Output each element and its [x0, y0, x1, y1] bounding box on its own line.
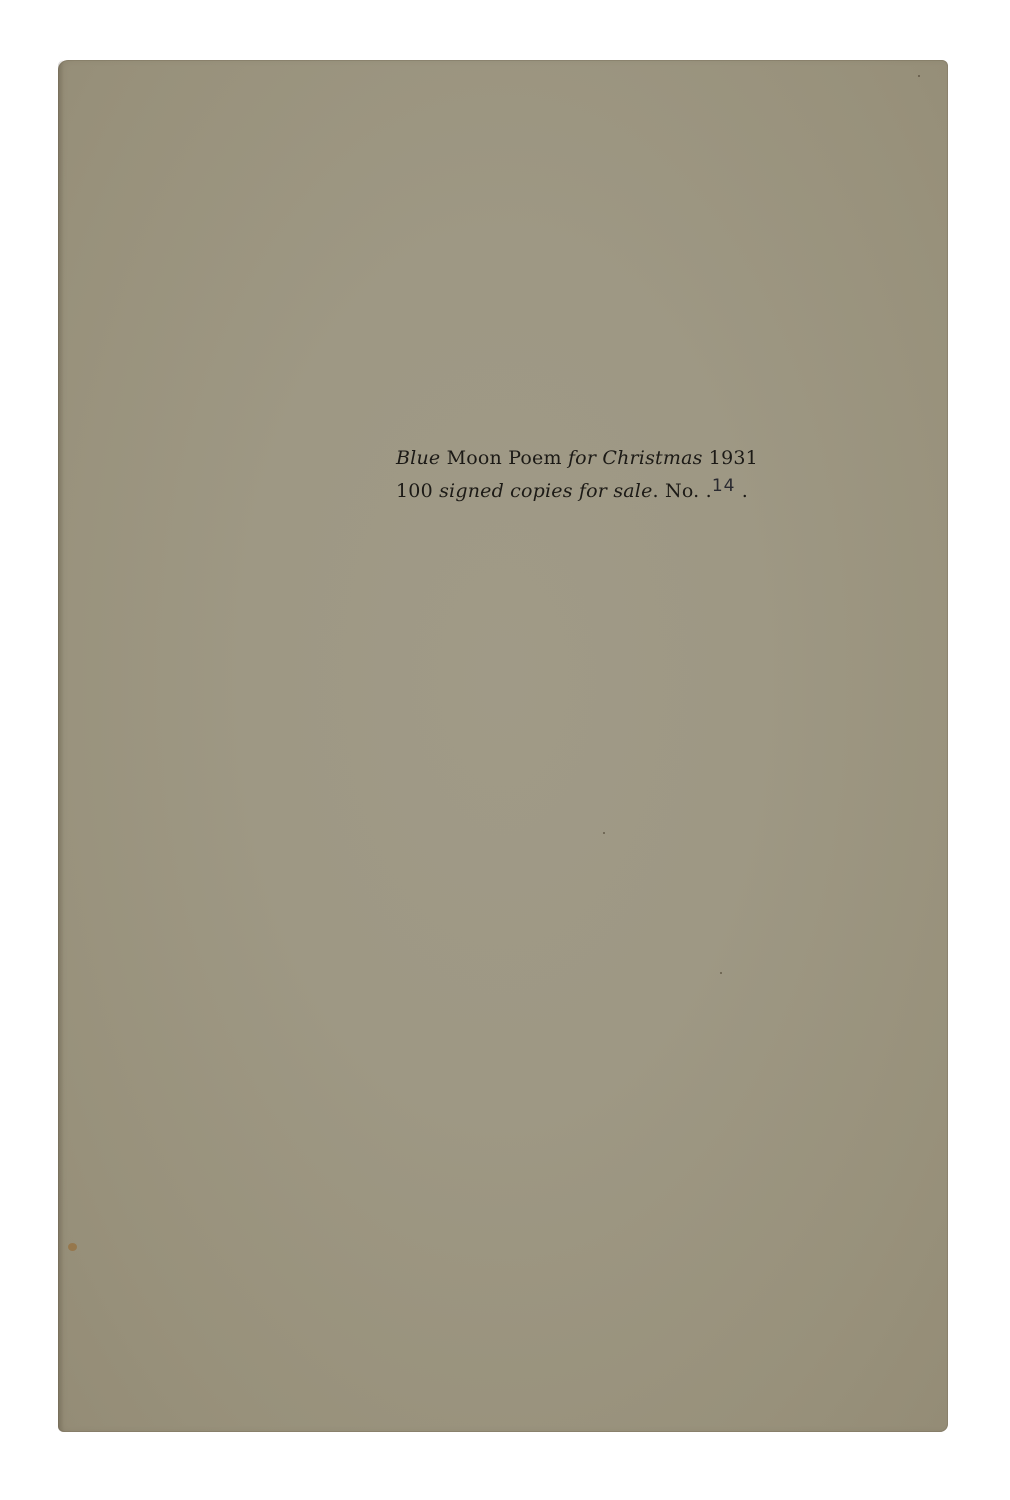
trailing-dot: .	[736, 480, 748, 502]
title-moon: Moon	[440, 447, 508, 469]
copies-description: signed copies for sale	[439, 480, 652, 502]
title-poem: Poem	[508, 447, 562, 469]
title-line: Blue Moon Poem for Christmas 1931	[396, 442, 776, 475]
paper-speck	[603, 832, 605, 834]
number-label: . No. .	[653, 480, 712, 502]
copies-count: 100	[396, 480, 439, 502]
title-for-christmas: for Christmas	[562, 447, 703, 469]
title-blue: Blue	[396, 447, 440, 469]
foxing-stain	[68, 1243, 77, 1251]
colophon-text: Blue Moon Poem for Christmas 1931 100 si…	[396, 442, 776, 509]
paper-speck	[720, 972, 722, 974]
title-year: 1931	[703, 447, 758, 469]
limitation-line: 100 signed copies for sale. No. .14 .	[396, 475, 776, 509]
left-edge-shadow	[58, 60, 64, 1432]
paper-sheet: Blue Moon Poem for Christmas 1931 100 si…	[58, 60, 948, 1432]
paper-speck	[918, 75, 920, 77]
handwritten-number: 14	[712, 476, 736, 496]
